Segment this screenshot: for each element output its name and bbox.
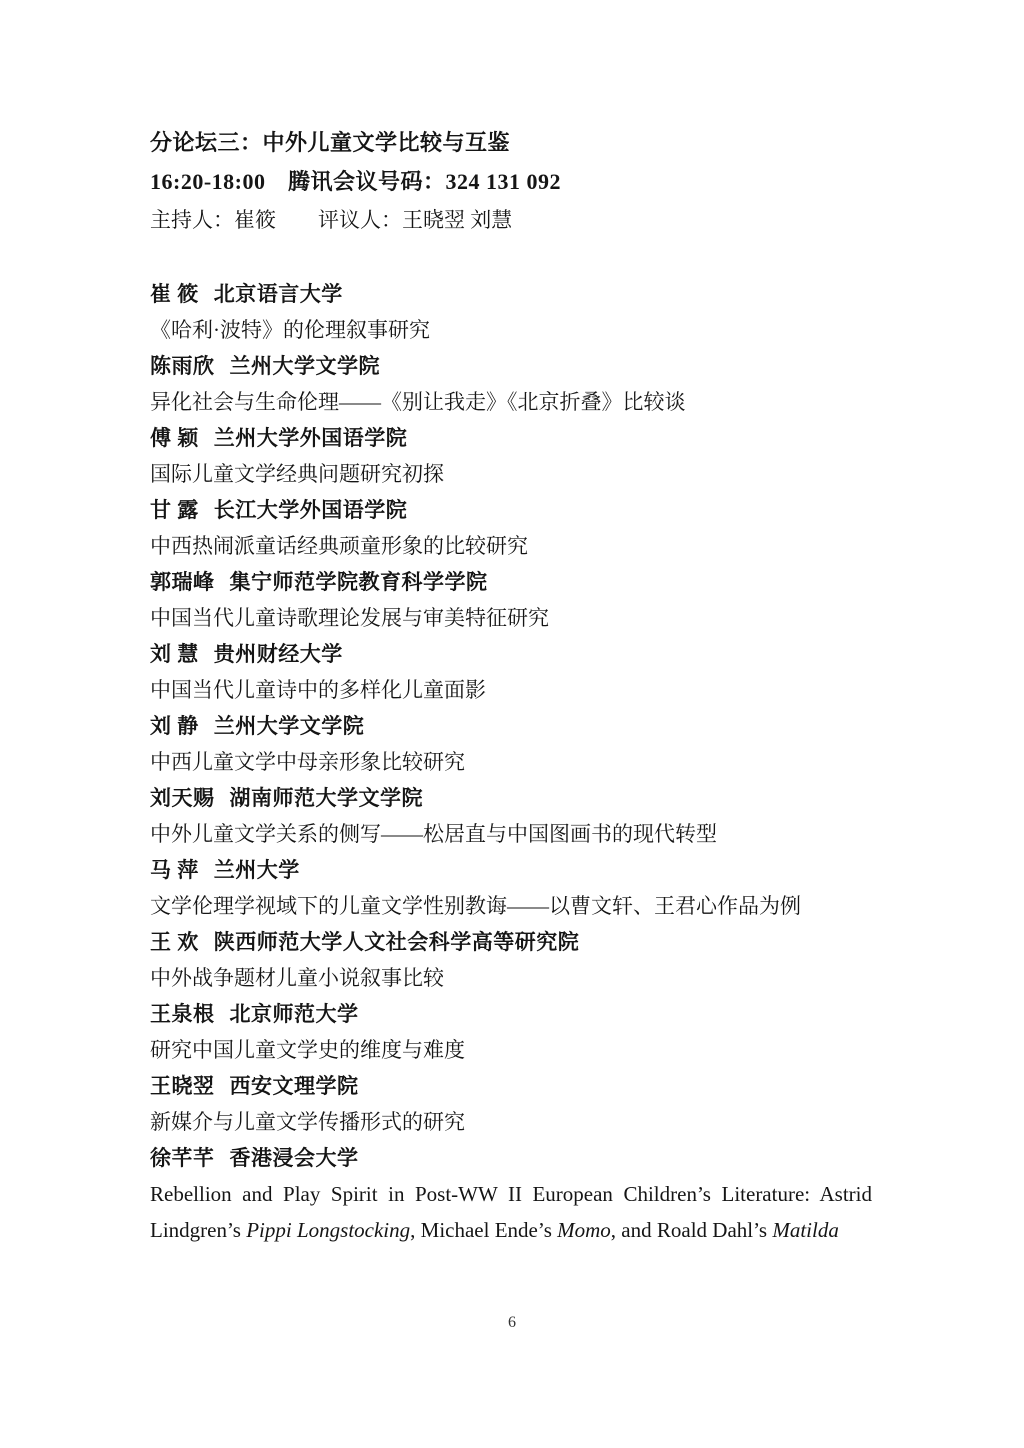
- presenter-name: 马 萍: [150, 858, 199, 882]
- session-hosts-reviewers: 主持人：崔筱 评议人：王晓翌 刘慧: [150, 201, 872, 240]
- presenter-affiliation: 西安文理学院: [230, 1074, 359, 1098]
- presenter-line: 郭瑞峰集宁师范学院教育科学学院: [150, 564, 872, 600]
- page-content: 分论坛三：中外儿童文学比较与互鉴 16:20-18:00 腾讯会议号码：324 …: [150, 123, 872, 1248]
- presenter-affiliation: 北京语言大学: [214, 282, 343, 306]
- presenter-line: 崔 筱北京语言大学: [150, 276, 872, 312]
- title-text: Rebellion and Play Spirit in Post-WW II …: [150, 1182, 872, 1206]
- presenter-affiliation: 北京师范大学: [230, 1002, 359, 1026]
- presentation-entry: 刘天赐湖南师范大学文学院 中外儿童文学关系的侧写——松居直与中国图画书的现代转型: [150, 780, 872, 852]
- presenter-affiliation: 香港浸会大学: [230, 1146, 359, 1170]
- presenter-affiliation: 贵州财经大学: [214, 642, 343, 666]
- presenter-affiliation: 湖南师范大学文学院: [230, 786, 424, 810]
- paper-title: 新媒介与儿童文学传播形式的研究: [150, 1104, 872, 1140]
- presentation-entry: 傅 颖兰州大学外国语学院 国际儿童文学经典问题研究初探: [150, 420, 872, 492]
- presentation-entry: 王泉根北京师范大学 研究中国儿童文学史的维度与难度: [150, 996, 872, 1068]
- presenter-line: 刘天赐湖南师范大学文学院: [150, 780, 872, 816]
- presentation-entry: 崔 筱北京语言大学 《哈利·波特》的伦理叙事研究: [150, 276, 872, 348]
- presenter-affiliation: 集宁师范学院教育科学学院: [230, 570, 488, 594]
- session-time-meeting-id: 16:20-18:00 腾讯会议号码：324 131 092: [150, 162, 872, 201]
- paper-title: 文学伦理学视域下的儿童文学性别教诲——以曹文轩、王君心作品为例: [150, 888, 872, 924]
- presenter-name: 刘天赐: [150, 786, 215, 810]
- paper-title: 研究中国儿童文学史的维度与难度: [150, 1032, 872, 1068]
- presenter-line: 马 萍兰州大学: [150, 852, 872, 888]
- page-number: 6: [0, 1314, 1024, 1332]
- presenter-line: 刘 静兰州大学文学院: [150, 708, 872, 744]
- book-title-italic: Matilda: [772, 1218, 839, 1242]
- presenter-name: 傅 颖: [150, 426, 199, 450]
- presenter-affiliation: 兰州大学文学院: [230, 354, 381, 378]
- presentation-entry: 陈雨欣兰州大学文学院 异化社会与生命伦理——《别让我走》《北京折叠》比较谈: [150, 348, 872, 420]
- session-header: 分论坛三：中外儿童文学比较与互鉴 16:20-18:00 腾讯会议号码：324 …: [150, 123, 872, 240]
- presenter-name: 王泉根: [150, 1002, 215, 1026]
- book-title-italic: Momo: [557, 1218, 611, 1242]
- presenter-affiliation: 兰州大学文学院: [214, 714, 365, 738]
- paper-title: 国际儿童文学经典问题研究初探: [150, 456, 872, 492]
- paper-title: 中西儿童文学中母亲形象比较研究: [150, 744, 872, 780]
- paper-title: 中西热闹派童话经典顽童形象的比较研究: [150, 528, 872, 564]
- title-text: , Michael Ende’s: [410, 1218, 557, 1242]
- presentation-entry: 王晓翌西安文理学院 新媒介与儿童文学传播形式的研究: [150, 1068, 872, 1140]
- presenter-line: 傅 颖兰州大学外国语学院: [150, 420, 872, 456]
- paper-title-english-line: Lindgren’s Pippi Longstocking, Michael E…: [150, 1212, 872, 1248]
- presentation-entry: 马 萍兰州大学 文学伦理学视域下的儿童文学性别教诲——以曹文轩、王君心作品为例: [150, 852, 872, 924]
- presentation-entry: 刘 静兰州大学文学院 中西儿童文学中母亲形象比较研究: [150, 708, 872, 780]
- presenter-line: 徐芊芊香港浸会大学: [150, 1140, 872, 1176]
- presentation-list: 崔 筱北京语言大学 《哈利·波特》的伦理叙事研究 陈雨欣兰州大学文学院 异化社会…: [150, 276, 872, 1248]
- presenter-affiliation: 陕西师范大学人文社会科学高等研究院: [214, 930, 580, 954]
- presentation-entry: 王 欢陕西师范大学人文社会科学高等研究院 中外战争题材儿童小说叙事比较: [150, 924, 872, 996]
- paper-title: 异化社会与生命伦理——《别让我走》《北京折叠》比较谈: [150, 384, 872, 420]
- presenter-name: 郭瑞峰: [150, 570, 215, 594]
- paper-title: 中外战争题材儿童小说叙事比较: [150, 960, 872, 996]
- presenter-line: 刘 慧贵州财经大学: [150, 636, 872, 672]
- presenter-line: 陈雨欣兰州大学文学院: [150, 348, 872, 384]
- presenter-line: 甘 露长江大学外国语学院: [150, 492, 872, 528]
- presenter-line: 王晓翌西安文理学院: [150, 1068, 872, 1104]
- document-page: 分论坛三：中外儿童文学比较与互鉴 16:20-18:00 腾讯会议号码：324 …: [0, 0, 1024, 1448]
- title-text: , and Roald Dahl’s: [611, 1218, 773, 1242]
- presenter-name: 王晓翌: [150, 1074, 215, 1098]
- presentation-entry: 甘 露长江大学外国语学院 中西热闹派童话经典顽童形象的比较研究: [150, 492, 872, 564]
- session-title: 分论坛三：中外儿童文学比较与互鉴: [150, 123, 872, 162]
- presentation-entry: 郭瑞峰集宁师范学院教育科学学院 中国当代儿童诗歌理论发展与审美特征研究: [150, 564, 872, 636]
- presenter-name: 陈雨欣: [150, 354, 215, 378]
- presenter-affiliation: 兰州大学: [214, 858, 300, 882]
- presenter-name: 甘 露: [150, 498, 199, 522]
- book-title-italic: Pippi Longstocking: [246, 1218, 410, 1242]
- paper-title: 中外儿童文学关系的侧写——松居直与中国图画书的现代转型: [150, 816, 872, 852]
- presenter-name: 王 欢: [150, 930, 199, 954]
- paper-title: 中国当代儿童诗歌理论发展与审美特征研究: [150, 600, 872, 636]
- presentation-entry: 徐芊芊香港浸会大学 Rebellion and Play Spirit in P…: [150, 1140, 872, 1248]
- paper-title: 中国当代儿童诗中的多样化儿童面影: [150, 672, 872, 708]
- presenter-line: 王 欢陕西师范大学人文社会科学高等研究院: [150, 924, 872, 960]
- presentation-entry: 刘 慧贵州财经大学 中国当代儿童诗中的多样化儿童面影: [150, 636, 872, 708]
- presenter-name: 崔 筱: [150, 282, 199, 306]
- paper-title: 《哈利·波特》的伦理叙事研究: [150, 312, 872, 348]
- paper-title-english-line: Rebellion and Play Spirit in Post-WW II …: [150, 1176, 872, 1212]
- presenter-name: 徐芊芊: [150, 1146, 215, 1170]
- presenter-affiliation: 长江大学外国语学院: [214, 498, 408, 522]
- presenter-name: 刘 慧: [150, 642, 199, 666]
- presenter-line: 王泉根北京师范大学: [150, 996, 872, 1032]
- presenter-affiliation: 兰州大学外国语学院: [214, 426, 408, 450]
- title-text: Lindgren’s: [150, 1218, 246, 1242]
- presenter-name: 刘 静: [150, 714, 199, 738]
